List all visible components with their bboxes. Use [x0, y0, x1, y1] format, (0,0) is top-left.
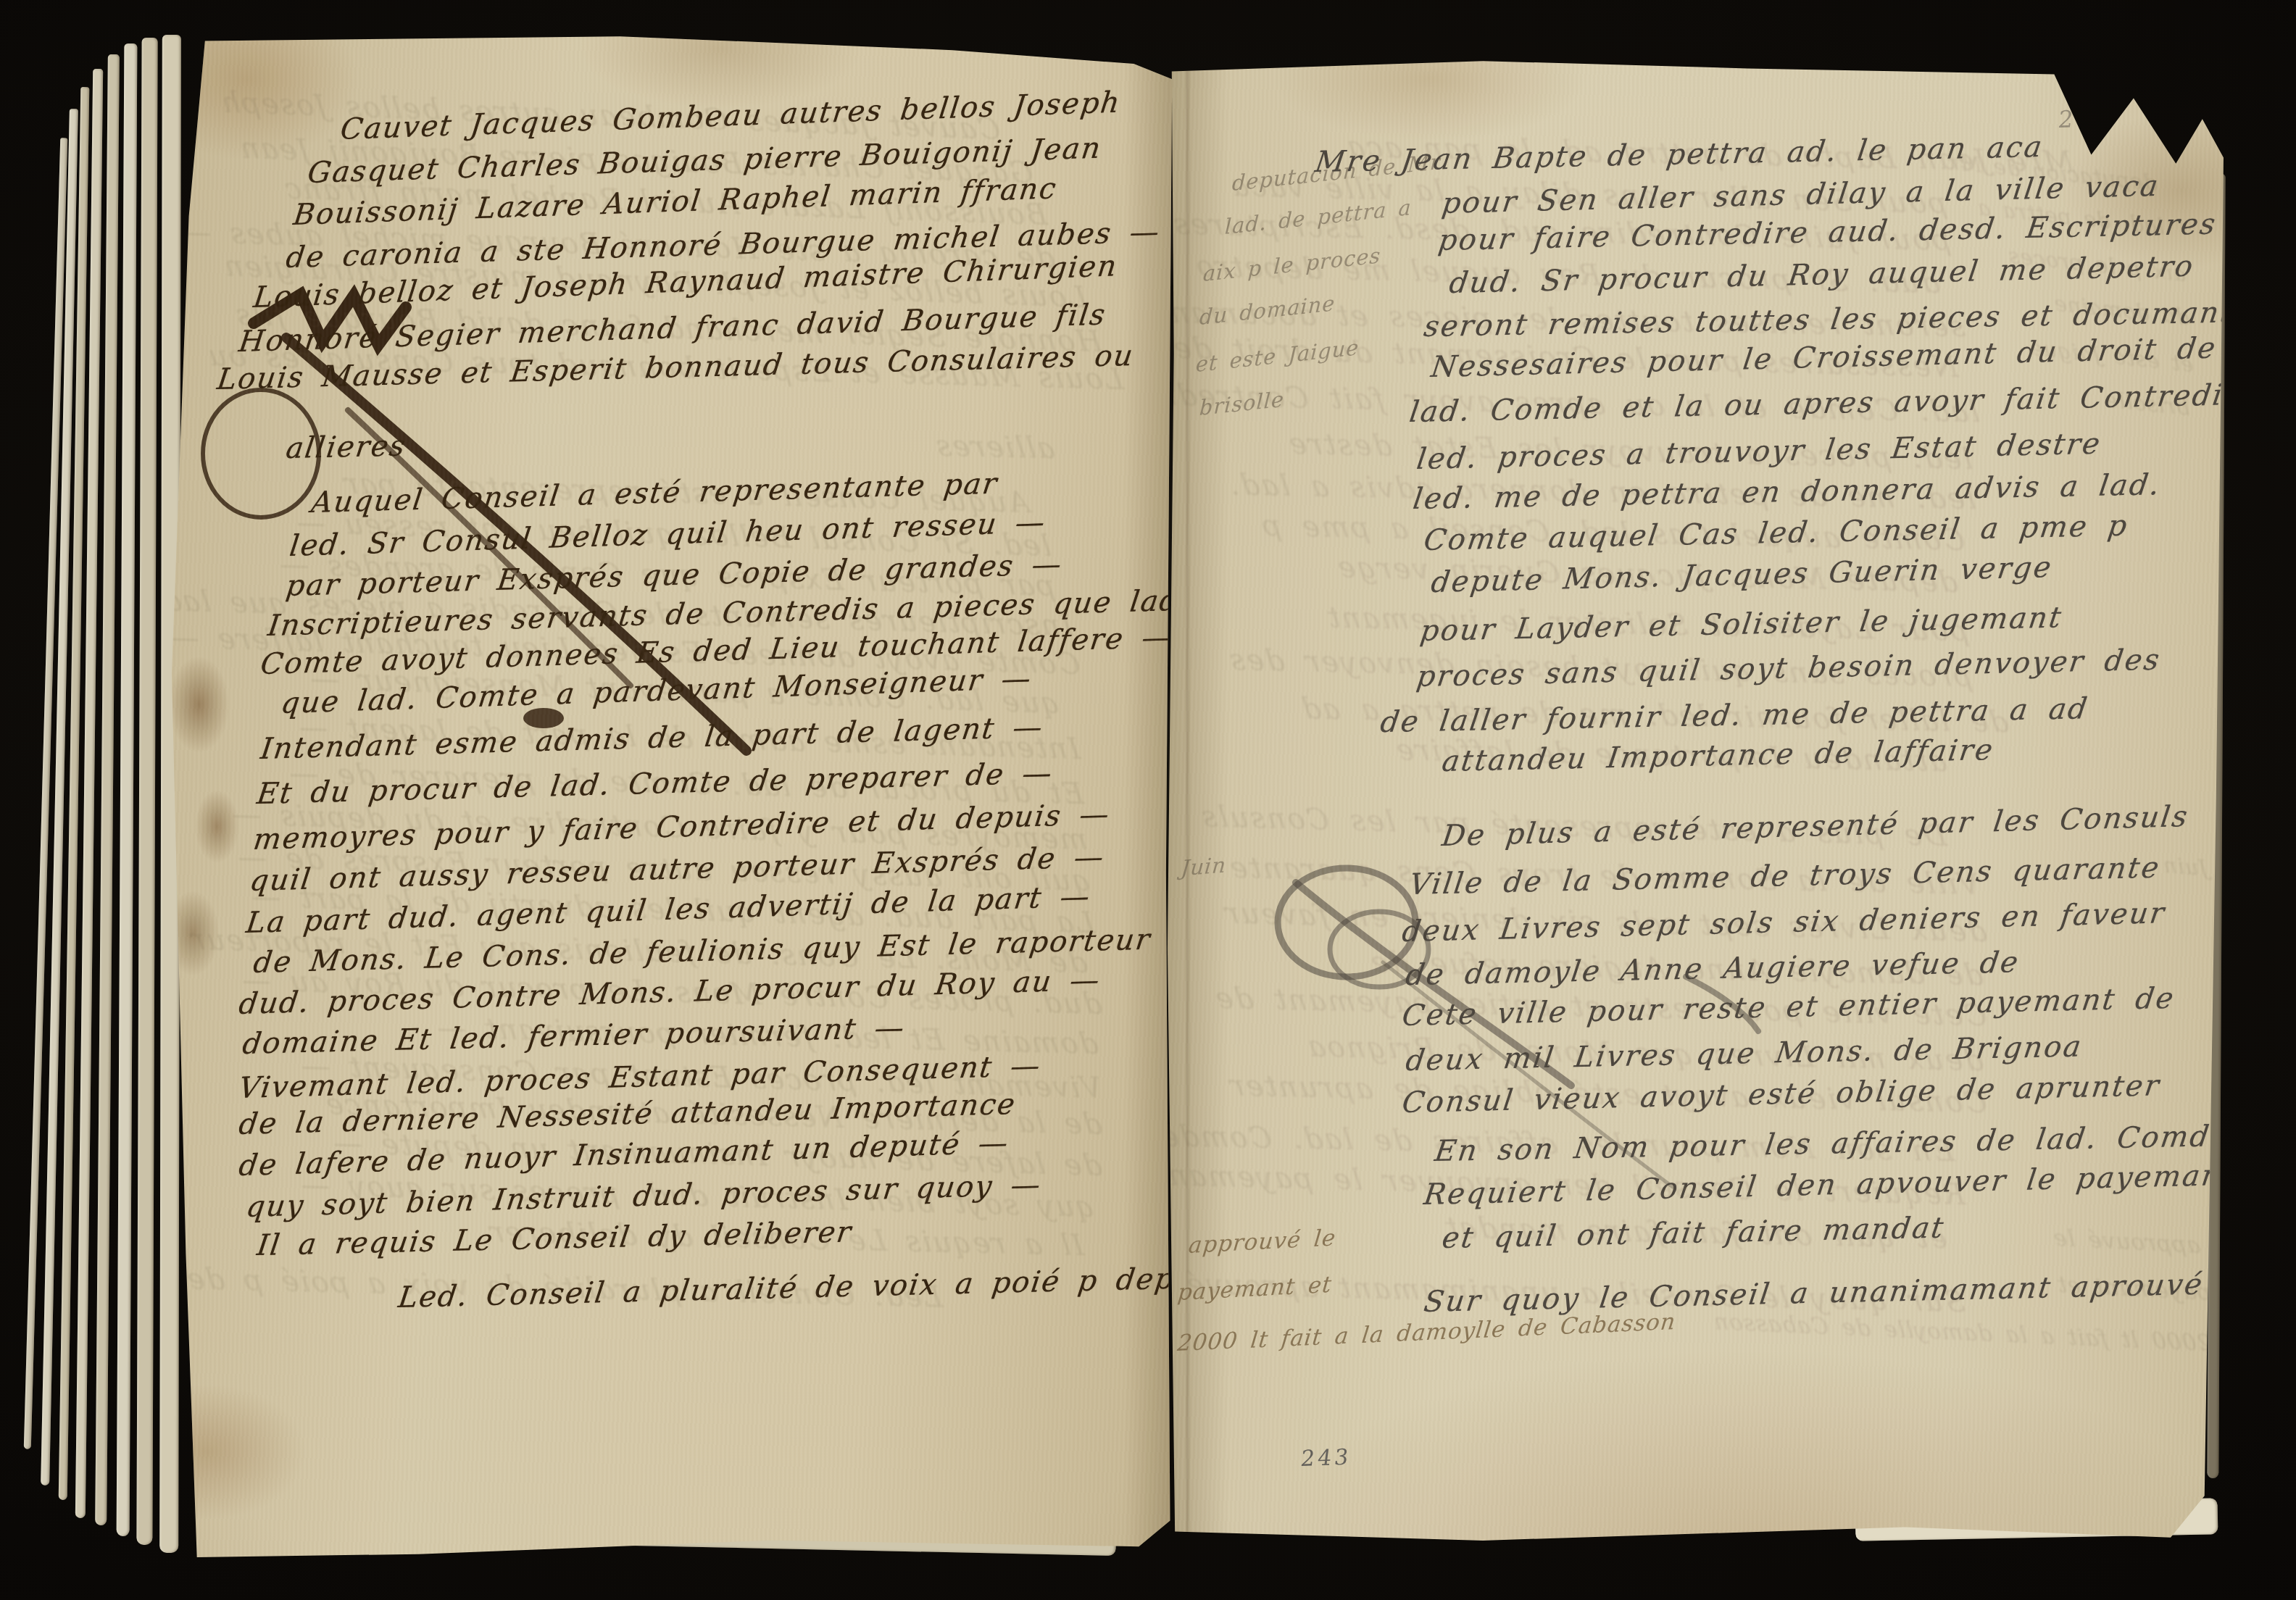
margin-note: lad. de pettra a — [1224, 195, 1413, 239]
manuscript-line: depute Mons. Jacques Guerin verge — [1429, 551, 2055, 599]
manuscript-line: lad. Comde et la ou apres avoyr fait Con… — [1407, 378, 2256, 430]
manuscript-line: led. me de pettra en donnera advis a lad… — [1411, 468, 2163, 516]
manuscript-line: Comte auquel Cas led. Conseil a pme p — [1422, 509, 2131, 557]
manuscript-line: pour Layder et Solisiter le jugemant — [1418, 601, 2065, 648]
manuscript-line: domaine Et led. fermier poursuivant — — [241, 1012, 907, 1062]
manuscript-line: Led. Conseil a pluralité de voix a poié … — [396, 1261, 1229, 1314]
page-edge-strip — [136, 38, 157, 1545]
manuscript-line: de laller fournir led. me de pettra a ad — [1378, 692, 2091, 739]
manuscript-photo: Cauvet Jacques Gombeau autres bellos Jos… — [0, 0, 2296, 1600]
manuscript-line: Sur quoy le Conseil a unanimamant aprouv… — [1422, 1267, 2256, 1319]
manuscript-line: Ville de la Somme de troys Cens quarante — [1407, 851, 2163, 901]
manuscript-line: led. proces a trouvoyr les Estat destre — [1415, 427, 2104, 476]
margin-approval-note: approuvé le — [1187, 1225, 1337, 1259]
margin-approval-note: payemant et — [1176, 1272, 1334, 1306]
right-page: 243 deputacion de Mr lad. de pettra a ai… — [1165, 57, 2224, 1543]
manuscript-line: Requiert le Conseil den apvouver le paye… — [1422, 1159, 2238, 1212]
manuscript-line: proces sans quil soyt besoin denvoyer de… — [1415, 643, 2163, 693]
margin-note: aix p le proces — [1202, 243, 1381, 286]
page-edge-strip — [117, 43, 138, 1536]
manuscript-line: allieres — [284, 429, 409, 465]
manuscript-line: dud. Sr procur du Roy auquel me depetro — [1447, 250, 2197, 300]
page-number-ink: 243 — [2057, 104, 2118, 133]
manuscript-line: Il a requis Le Conseil dy deliberer — [255, 1215, 854, 1262]
margin-note: brisolle — [1199, 387, 1285, 421]
manuscript-line: Mre Jean Bapte de pettra ad. le pan aca — [1313, 130, 2046, 179]
manuscript-line: De plus a esté representé par les Consul… — [1440, 800, 2191, 853]
manuscript-line: attandeu Importance de laffaire — [1440, 733, 1997, 778]
margin-note: et este Jaigue — [1195, 335, 1360, 377]
page-number-pencil: 243 — [1299, 1444, 1353, 1472]
manuscript-line: deux Livres sept sols six deniers en fav… — [1400, 896, 2168, 949]
manuscript-line: de damoyle Anne Augiere vefue de — [1404, 946, 2022, 992]
manuscript-line: Consul vieux avoyt esté oblige de aprunt… — [1400, 1069, 2163, 1120]
manuscript-line: et quil ont fait faire mandat — [1440, 1211, 1947, 1255]
margin-note: Juin — [1180, 853, 1227, 881]
manuscript-line: Intendant esme admis de la part de lagen… — [259, 711, 1046, 766]
left-page: Cauvet Jacques Gombeau autres bellos Jos… — [167, 33, 1174, 1559]
manuscript-line: deux mil Livres que Mons. de Brignoa — [1404, 1030, 2085, 1078]
margin-note: du domaine — [1199, 291, 1336, 330]
